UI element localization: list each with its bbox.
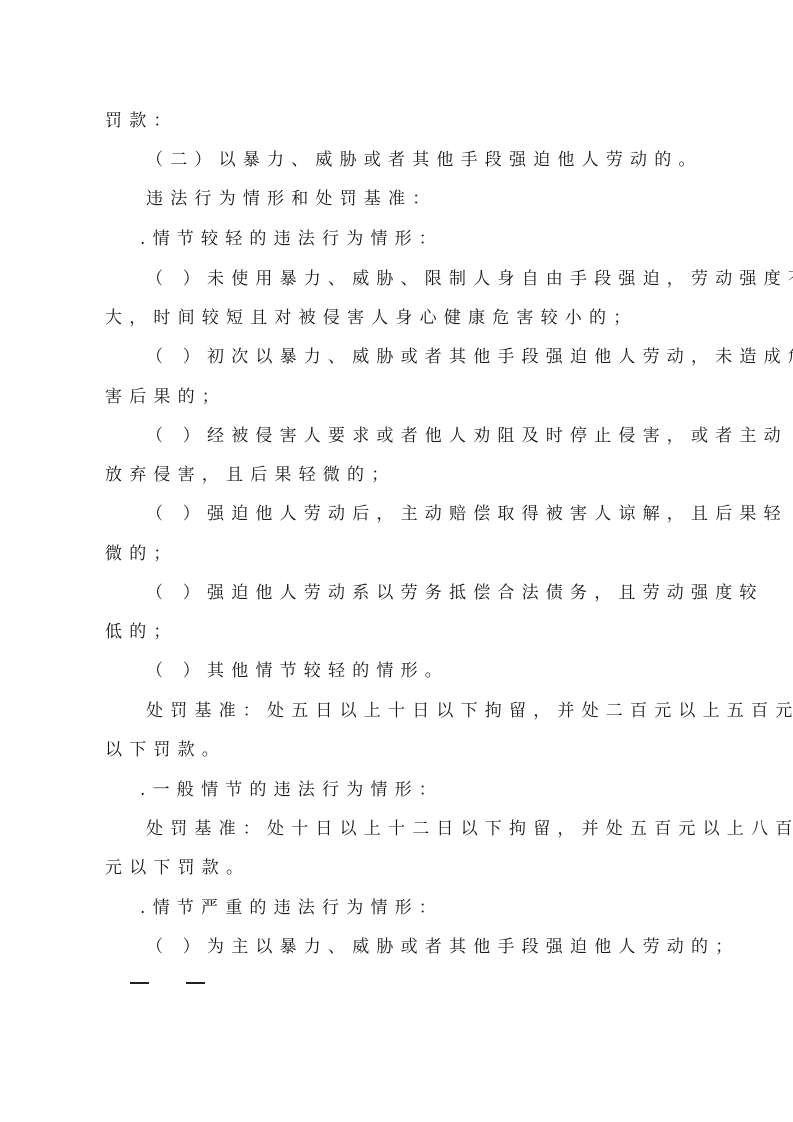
text-line-penalty-fine-continuation: 罚款： <box>105 110 178 132</box>
text-line-general-circumstances-heading: .一般情节的违法行为情形： <box>140 779 443 801</box>
text-line-minor-circumstances-heading: .情节较轻的违法行为情形： <box>140 228 443 250</box>
text-line-minor-item-2-cont: 害后果的； <box>105 386 226 408</box>
text-line-minor-item-4: （ ）强迫他人劳动后，主动赔偿取得被害人谅解，且后果轻 <box>146 503 788 525</box>
text-line-minor-item-1: （ ）未使用暴力、威胁、限制人身自由手段强迫，劳动强度不 <box>146 268 793 290</box>
text-line-minor-item-4-cont: 微的； <box>105 543 178 565</box>
text-line-general-penalty-standard: 处罚基准：处十日以上十二日以下拘留，并处五百元以上八百 <box>146 818 793 840</box>
page-footer <box>130 976 210 986</box>
text-line-minor-item-5-cont: 低的； <box>105 621 178 643</box>
text-line-general-penalty-standard-cont: 元以下罚款。 <box>105 857 250 879</box>
footer-dash-right <box>186 982 205 984</box>
text-line-minor-item-3-cont: 放弃侵害，且后果轻微的； <box>105 464 395 486</box>
text-line-item-two-forced-labor: （二）以暴力、威胁或者其他手段强迫他人劳动的。 <box>146 149 703 171</box>
text-line-minor-item-1-cont: 大，时间较短且对被侵害人身心健康危害较小的； <box>105 307 637 329</box>
text-line-minor-item-2: （ ）初次以暴力、威胁或者其他手段强迫他人劳动，未造成危 <box>146 346 793 368</box>
text-line-minor-item-5: （ ）强迫他人劳动系以劳务抵偿合法债务，且劳动强度较 <box>146 582 764 604</box>
text-line-minor-item-6: （ ）其他情节较轻的情形。 <box>146 660 449 682</box>
text-line-minor-item-3: （ ）经被侵害人要求或者他人劝阻及时停止侵害，或者主动 <box>146 425 788 447</box>
text-line-section-heading: 违法行为情形和处罚基准： <box>146 188 436 210</box>
text-line-minor-penalty-standard-cont: 以下罚款。 <box>105 739 226 761</box>
footer-dash-left <box>130 982 149 984</box>
text-line-serious-item-1: （ ）为主以暴力、威胁或者其他手段强迫他人劳动的； <box>146 936 739 958</box>
text-line-serious-circumstances-heading: .情节严重的违法行为情形： <box>140 897 443 919</box>
text-line-minor-penalty-standard: 处罚基准：处五日以上十日以下拘留，并处二百元以上五百元 <box>146 700 793 722</box>
document-page: 罚款： （二）以暴力、威胁或者其他手段强迫他人劳动的。 违法行为情形和处罚基准：… <box>0 0 793 1122</box>
